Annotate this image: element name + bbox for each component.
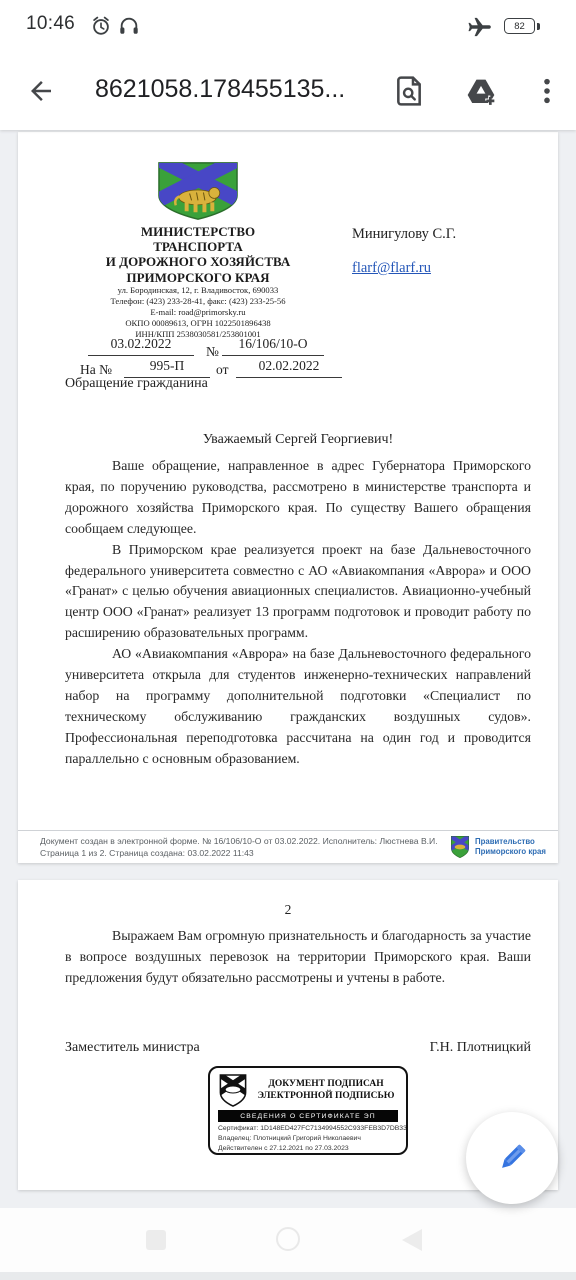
address-line: ОКПО 00089613, ОГРН 1022501896438 (28, 318, 368, 329)
recipient-name: Минигулову С.Г. (352, 226, 456, 243)
status-bar: 10:46 82 (0, 0, 576, 52)
stamp-coat-of-arms-icon (218, 1074, 248, 1107)
gov-logo-line: Приморского края (475, 847, 546, 857)
stamp-certificate-bar: СВЕДЕНИЯ О СЕРТИФИКАТЕ ЭП (218, 1110, 398, 1122)
ministry-line: И ДОРОЖНОГО ХОЗЯЙСТВА (38, 254, 358, 269)
government-logo: Правительство Приморского края (450, 835, 546, 859)
screen: 10:46 82 8621058.178455135... (0, 0, 576, 1280)
paragraph: АО «Авиакомпания «Аврора» на базе Дальне… (65, 644, 531, 769)
kebab-menu-icon[interactable] (531, 75, 563, 107)
recents-square-icon[interactable] (146, 1230, 166, 1250)
address-line: Телефон: (423) 233-28-41, факс: (423) 23… (28, 296, 368, 307)
recipient-email-link[interactable]: flarf@flarf.ru (352, 260, 431, 277)
add-to-drive-icon[interactable] (465, 75, 497, 107)
headset-icon (118, 15, 140, 37)
salutation: Уважаемый Сергей Георгиевич! (65, 432, 531, 448)
airplane-mode-icon (466, 14, 494, 40)
letter-body: Ваше обращение, направленное в адрес Губ… (65, 456, 531, 770)
document-viewer[interactable]: МИНИСТЕРСТВО ТРАНСПОРТА И ДОРОЖНОГО ХОЗЯ… (0, 130, 576, 1280)
paragraph: В Приморском крае реализуется проект на … (65, 540, 531, 645)
battery-icon: 82 (504, 18, 535, 34)
back-arrow-icon[interactable] (26, 76, 56, 106)
stamp-validity: Действителен с 27.12.2021 по 27.03.2023 (218, 1145, 398, 1152)
stamp-title-line: ДОКУМЕНТ ПОДПИСАН (254, 1079, 398, 1091)
clock: 10:46 (26, 13, 75, 35)
ministry-contacts-block: ул. Бородинская, 12, г. Владивосток, 690… (28, 285, 368, 340)
e-document-footer: Документ создан в электронной форме. № 1… (18, 830, 558, 863)
ministry-line: ПРИМОРСКОГО КРАЯ (38, 270, 358, 285)
letter-number: 16/106/10-О (222, 336, 324, 356)
primorsky-coat-of-arms (156, 160, 240, 222)
footer-page-line: Страница 1 из 2. Страница создана: 03.02… (40, 848, 254, 858)
android-navigation-bar (0, 1208, 576, 1272)
page-number: 2 (18, 902, 558, 918)
gov-logo-line: Правительство (475, 837, 546, 847)
document-title: 8621058.178455135... (95, 75, 345, 104)
government-logo-icon (450, 835, 470, 859)
incoming-number: 995-П (124, 358, 210, 378)
stamp-certificate: Сертификат: 1D148ED427FC7134994552C933FE… (218, 1125, 398, 1132)
signer-name: Г.Н. Плотницкий (430, 1040, 531, 1056)
pencil-icon (494, 1140, 530, 1176)
alarm-icon (90, 15, 112, 37)
signer-title: Заместитель министра (65, 1040, 200, 1056)
home-circle-icon[interactable] (276, 1227, 300, 1251)
from-label: от (216, 362, 228, 378)
pdf-page-1: МИНИСТЕРСТВО ТРАНСПОРТА И ДОРОЖНОГО ХОЗЯ… (18, 132, 558, 863)
battery-nub (537, 23, 540, 30)
ministry-line: МИНИСТЕРСТВО (38, 224, 358, 239)
edit-fab[interactable] (466, 1112, 558, 1204)
footer-meta-line: Документ создан в электронной форме. № 1… (40, 836, 438, 846)
stamp-title-line: ЭЛЕКТРОННОЙ ПОДПИСЬЮ (254, 1091, 398, 1103)
incoming-date: 02.02.2022 (236, 358, 342, 378)
stamp-title: ДОКУМЕНТ ПОДПИСАН ЭЛЕКТРОННОЙ ПОДПИСЬЮ (254, 1079, 398, 1102)
stamp-owner: Владелец: Плотницкий Григорий Николаевич (218, 1135, 398, 1142)
digital-signature-stamp: ДОКУМЕНТ ПОДПИСАН ЭЛЕКТРОННОЙ ПОДПИСЬЮ С… (208, 1066, 408, 1155)
letter-subject: Обращение гражданина (65, 376, 208, 392)
paragraph: Ваше обращение, направленное в адрес Губ… (65, 456, 531, 540)
signature-row: Заместитель министра Г.Н. Плотницкий (65, 1040, 531, 1056)
gesture-strip (0, 1272, 576, 1280)
address-line: E-mail: road@primorsky.ru (28, 307, 368, 318)
paragraph: Выражаем Вам огромную признательность и … (65, 926, 531, 989)
ministry-name-block: МИНИСТЕРСТВО ТРАНСПОРТА И ДОРОЖНОГО ХОЗЯ… (38, 224, 358, 285)
ministry-line: ТРАНСПОРТА (38, 239, 358, 254)
address-line: ул. Бородинская, 12, г. Владивосток, 690… (28, 285, 368, 296)
app-bar: 8621058.178455135... (0, 52, 576, 130)
battery-level: 82 (514, 21, 525, 32)
government-logo-text: Правительство Приморского края (475, 837, 546, 856)
letter-date: 03.02.2022 (88, 336, 194, 356)
find-in-page-icon[interactable] (393, 75, 425, 107)
back-triangle-icon[interactable] (402, 1229, 422, 1251)
